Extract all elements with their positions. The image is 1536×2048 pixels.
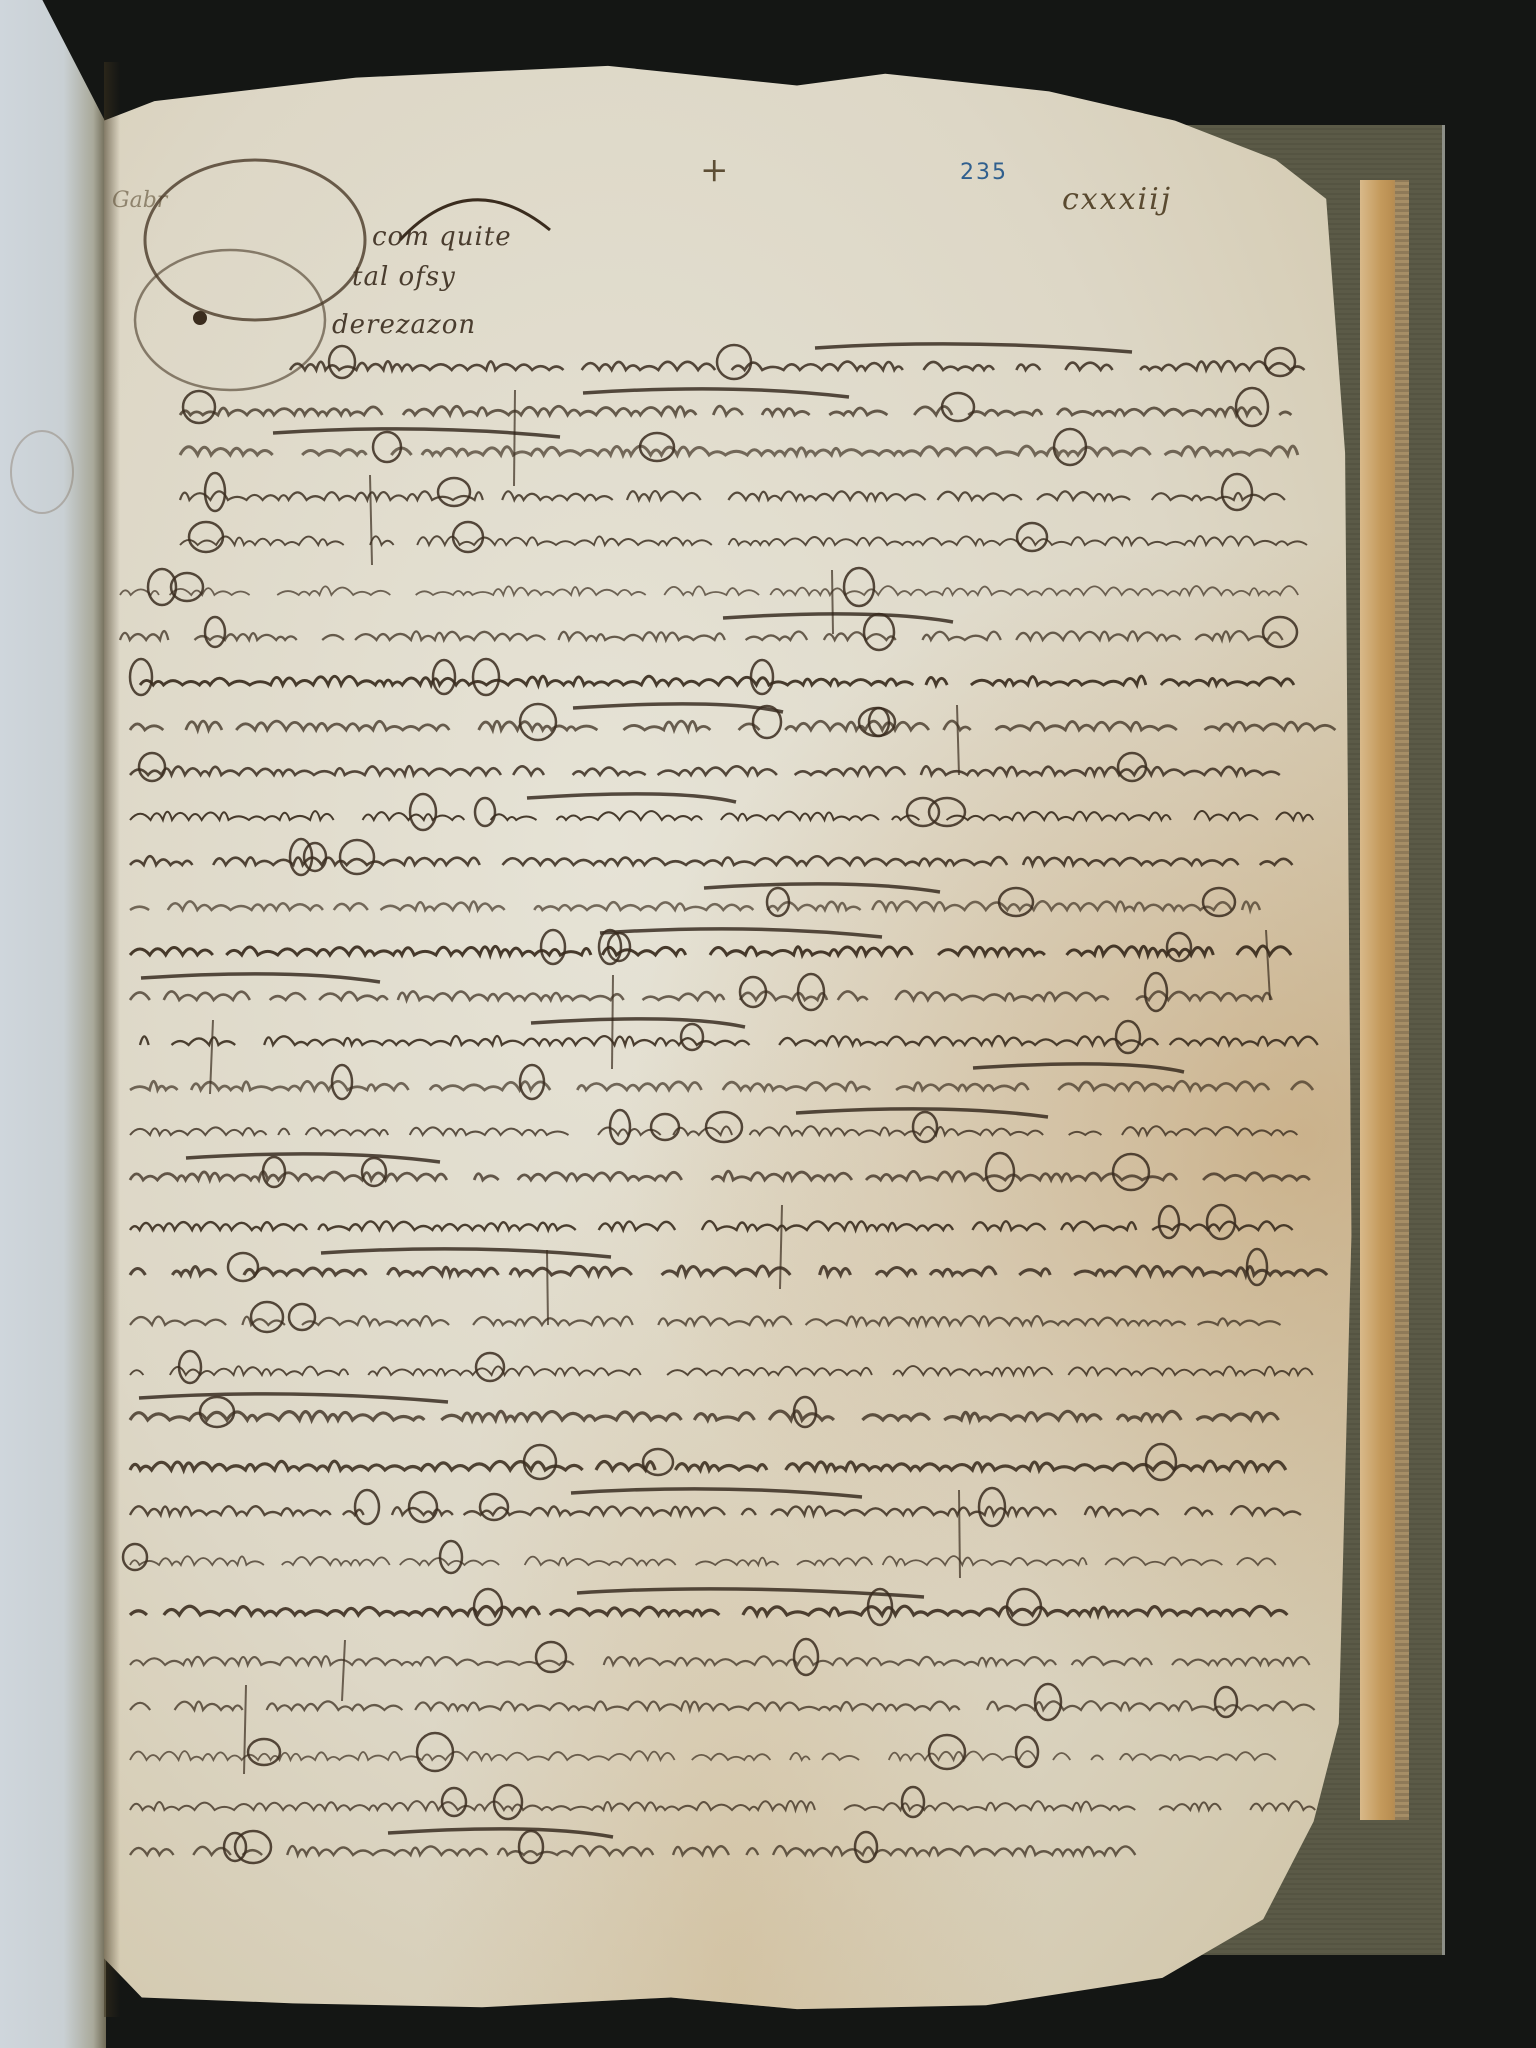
text-line-3-fragment: derezazon [332, 310, 476, 340]
text-line-1-fragment: com quite [372, 222, 512, 252]
manuscript-photo: + 235 cxxxiij Gabr com quite tal ofsy de… [0, 0, 1536, 2048]
foliation-roman: cxxxiij [1062, 182, 1172, 217]
marginal-note: Gabr [112, 188, 167, 213]
left-facing-page [0, 0, 106, 2048]
top-center-mark: + [700, 150, 729, 190]
left-page-offset-stroke [10, 430, 74, 514]
gutter-shadow [104, 62, 120, 2017]
text-line-2-fragment: tal ofsy [352, 262, 456, 292]
manuscript-folio [104, 62, 1364, 2017]
folio-number: 235 [960, 160, 1008, 185]
page-block-edge [1395, 180, 1409, 1820]
